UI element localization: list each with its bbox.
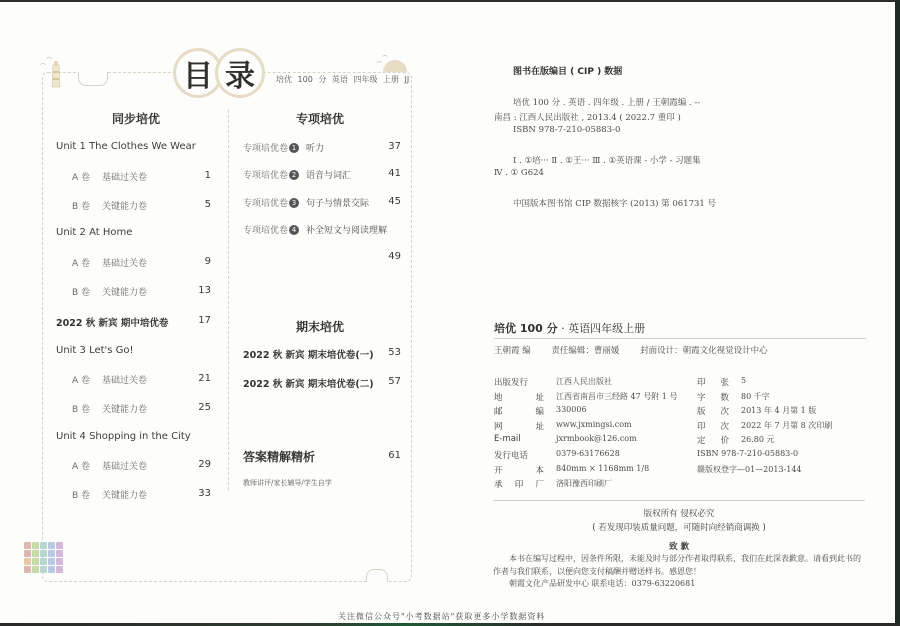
page-number: 49 [377,251,401,262]
section-heading-special: 专项培优 [240,110,400,127]
paper-title: 2022 秋 新宾 期末培优卷(一) [243,350,374,361]
bird-icon: ⌒ [46,56,52,65]
info-key: 张 [720,376,729,391]
paper-label: 专项培优卷 [243,171,288,181]
credits: 王朝霞 编 责任编辑：曹丽媛 封面设计：朝霞文化视觉设计中心 [494,344,786,356]
unit-title: Unit 2 At Home [56,227,132,238]
divider [494,338,866,339]
paper-label: B 卷 [72,285,102,298]
info-key: 定 [697,434,706,449]
info-row: ISBN 978-7-210-05883-0 [697,449,832,464]
toc-entry[interactable]: 专项培优卷2 语音与词汇 41 [243,168,401,181]
info-key: 印 [515,478,524,493]
toc-entry[interactable]: A 卷基础过关卷 21 [72,373,212,386]
info-key: 厂 [535,478,544,493]
info-key: 印 [697,420,706,435]
email-link[interactable]: jxrmbook@126.com [556,434,637,449]
color-tile-logo [24,542,63,573]
paper-title: 补全短文与阅读理解 [306,223,387,236]
quality-notice: ( 若发现印装质量问题，可随时向经销商调换 ) [493,521,865,533]
info-key: 版 [697,405,706,420]
info-value: 2022 年 7 月第 8 次印刷 [741,420,832,435]
info-row: 赣版权登字—01—2013-144 [697,464,832,479]
paper-title: 答案精解精析 [243,450,315,464]
unit-title: Unit 3 Let's Go! [56,345,134,356]
column-divider [228,110,229,490]
page-number: 9 [187,256,211,267]
unit-title: Unit 4 Shopping in the City [56,431,191,442]
cip-heading: 图书在版编目 ( CIP ) 数据 [513,64,622,77]
toc-entry[interactable]: A 卷基础过关卷 1 [72,170,212,183]
info-key: 邮 [494,405,503,420]
info-row: 出版发行江西人民出版社 [494,376,677,391]
page-number: 33 [187,488,211,499]
info-row: 字数80 千字 [697,391,832,406]
toc-title-char: 录 [215,48,265,98]
cip-line: ISBN 978-7-210-05883-0 [513,125,620,135]
info-row: 网址www.jxmingsi.com [494,420,677,435]
page-number: 37 [377,141,401,152]
page-number: 61 [377,450,401,461]
cover-design: 封面设计：朝霞文化视觉设计中心 [640,346,768,356]
paper-label: 专项培优卷 [243,226,288,236]
page-number: 17 [187,315,211,326]
page-number: 41 [377,168,401,179]
paper-title: 2022 秋 新宾 期中培优卷 [56,318,168,329]
info-row: 开本840mm × 1168mm 1/8 [494,464,677,479]
paper-title: 关键能力卷 [102,202,147,212]
publication-info-right: 印张5 字数80 千字 版次2013 年 4 月第 1 版 印次2022 年 7… [697,376,832,478]
bird-icon: ⌒ [382,54,388,63]
toc-entry-final[interactable]: 2022 秋 新宾 期末培优卷(一) 53 [243,347,401,361]
cip-line: Ⅳ . ① G624 [494,168,544,178]
apology-heading: 致 歉 [493,540,865,552]
toc-entry[interactable]: A 卷基础过关卷 29 [72,459,212,472]
info-key: 承 [494,478,503,493]
info-key: 次 [720,420,729,435]
toc-entry[interactable]: B 卷关键能力卷 25 [72,402,212,415]
paper-title: 关键能力卷 [102,405,147,415]
book-title-sub: · 英语四年级上册 [558,322,646,335]
info-key: 次 [720,405,729,420]
paper-label: A 卷 [72,373,102,386]
toc-entry-final[interactable]: 2022 秋 新宾 期末培优卷(二) 57 [243,376,401,390]
editor: 王朝霞 编 [494,346,531,356]
frame-notch-decoration [366,569,388,582]
cip-line: 南昌 : 江西人民出版社 , 2013.4 ( 2022.7 重印 ) [494,111,681,123]
page-number: 5 [187,199,211,210]
paper-label: 专项培优卷 [243,144,288,154]
toc-entry[interactable]: B 卷关键能力卷 33 [72,488,212,501]
toc-entry[interactable]: B 卷关键能力卷 5 [72,199,212,212]
apology-body: 本书在编写过程中，因条件所限，未能及时与部分作者取得联系，我们在此深表歉意。请看… [493,553,865,578]
paper-title: 听力 [306,141,324,154]
info-value: 330006 [556,405,587,420]
paper-title: 基础过关卷 [102,173,147,183]
page-number: 13 [187,285,211,296]
paper-label: B 卷 [72,488,102,501]
copyright-registration: 赣版权登字—01—2013-144 [697,464,802,479]
info-key: 地 [494,391,503,406]
info-row: E-mailjxrmbook@126.com [494,434,677,449]
page-number: 25 [187,402,211,413]
info-key: 价 [720,434,729,449]
info-key: 编 [535,405,544,420]
info-key: 印 [697,376,706,391]
info-key: 数 [720,391,729,406]
toc-entry-midterm[interactable]: 2022 秋 新宾 期中培优卷 17 [56,315,212,329]
book-title: 培优 100 分 · 英语四年级上册 [494,320,645,336]
unit-title: Unit 1 The Clothes We Wear [56,141,196,152]
toc-entry[interactable]: 专项培优卷3 句子与情景交际 45 [243,196,401,209]
paper-title: 关键能力卷 [102,288,147,298]
watermark-text: 关注微信公众号"小考数据站"获取更多小学数据资料 [338,611,545,622]
paper-label: B 卷 [72,402,102,415]
scan-edge-right [895,0,900,626]
paper-title: 基础过关卷 [102,376,147,386]
page-number: 1 [187,170,211,181]
info-key: E-mail [494,434,521,449]
page-number: 45 [377,196,401,207]
paper-title: 关键能力卷 [102,491,147,501]
section-heading-final: 期末培优 [240,318,400,335]
number-badge: 3 [289,198,299,208]
paper-label: B 卷 [72,199,102,212]
divider [493,500,865,501]
page-number: 57 [377,376,401,387]
frame-notch-decoration [78,72,108,86]
publication-info-left: 出版发行江西人民出版社 地址江西省南昌市三经路 47 号附 1 号 邮编3300… [494,376,677,493]
paper-label: A 卷 [72,170,102,183]
info-value: 840mm × 1168mm 1/8 [556,464,649,479]
cip-line: 中国版本图书馆 CIP 数据核字 (2013) 第 061731 号 [513,197,716,209]
number-badge: 1 [289,143,299,153]
isbn: ISBN 978-7-210-05883-0 [697,449,798,464]
info-row: 版次2013 年 4 月第 1 版 [697,405,832,420]
answers-tagline: 教师讲评/家长辅导/学生自学 [243,478,332,488]
contact-info: 朝霞文化产品研发中心 联系电话：0379-63220681 [493,578,865,591]
section-heading-sync: 同步培优 [56,110,216,127]
info-key: 网 [494,420,503,435]
info-value: 洛阳豫西印刷厂 [556,478,612,493]
page-number: 29 [187,459,211,470]
lighthouse-icon [51,58,61,88]
paper-label: 专项培优卷 [243,199,288,209]
cip-line: Ⅰ . ①培··· Ⅱ . ①王··· Ⅲ . ①英语课 - 小学 - 习题集 [513,154,701,166]
price: 26.80 元 [741,434,774,449]
responsible-editor: 责任编辑：曹丽媛 [551,346,619,356]
scan-edge-top [0,0,900,2]
series-meta: 培优 100 分 英语 四年级 上册 JJ [276,74,409,85]
toc-entry[interactable]: 专项培优卷1 听力 37 [243,141,401,154]
toc-entry[interactable]: B 卷关键能力卷 13 [72,285,212,298]
paper-title: 基础过关卷 [102,259,147,269]
cip-line: 培优 100 分 . 英语 . 四年级 . 上册 / 王朝霞编 . -- [513,96,700,108]
info-key: 址 [535,420,544,435]
rights-notice: 版权所有 侵权必究 [493,507,865,519]
info-row: 定价26.80 元 [697,434,832,449]
toc-entry[interactable]: A 卷基础过关卷 9 [72,256,212,269]
info-row: 地址江西省南昌市三经路 47 号附 1 号 [494,391,677,406]
paper-label: A 卷 [72,459,102,472]
paper-label: A 卷 [72,256,102,269]
info-value: 江西省南昌市三经路 47 号附 1 号 [556,391,677,406]
paper-title: 语音与词汇 [306,168,351,181]
info-value: 江西人民出版社 [556,376,612,391]
info-value: 0379-63176628 [556,449,620,464]
book-title-main: 培优 100 分 [494,322,558,335]
page-number: 53 [377,347,401,358]
info-key: 出版发行 [494,376,528,391]
info-row: 印张5 [697,376,832,391]
number-badge: 2 [289,170,299,180]
info-key: 本 [535,464,544,479]
toc-entry[interactable]: 专项培优卷4 补全短文与阅读理解 49 [243,223,401,263]
info-value: 5 [741,376,746,391]
info-key: 址 [535,391,544,406]
page-number: 21 [187,373,211,384]
info-row: 发行电话0379-63176628 [494,449,677,464]
paper-title: 2022 秋 新宾 期末培优卷(二) [243,379,374,390]
number-badge: 4 [289,225,299,235]
paper-title: 句子与情景交际 [306,196,369,209]
info-key: 发行电话 [494,449,528,464]
info-key: 开 [494,464,503,479]
info-key: 字 [697,391,706,406]
info-row: 印次2022 年 7 月第 8 次印刷 [697,420,832,435]
paper-title: 基础过关卷 [102,462,147,472]
info-value: 80 千字 [741,391,770,406]
toc-entry-answers[interactable]: 答案精解精析 61 [243,448,401,465]
website-link[interactable]: www.jxmingsi.com [556,420,632,435]
info-row: 邮编330006 [494,405,677,420]
info-row: 承印厂洛阳豫西印刷厂 [494,478,677,493]
info-value: 2013 年 4 月第 1 版 [741,405,816,420]
